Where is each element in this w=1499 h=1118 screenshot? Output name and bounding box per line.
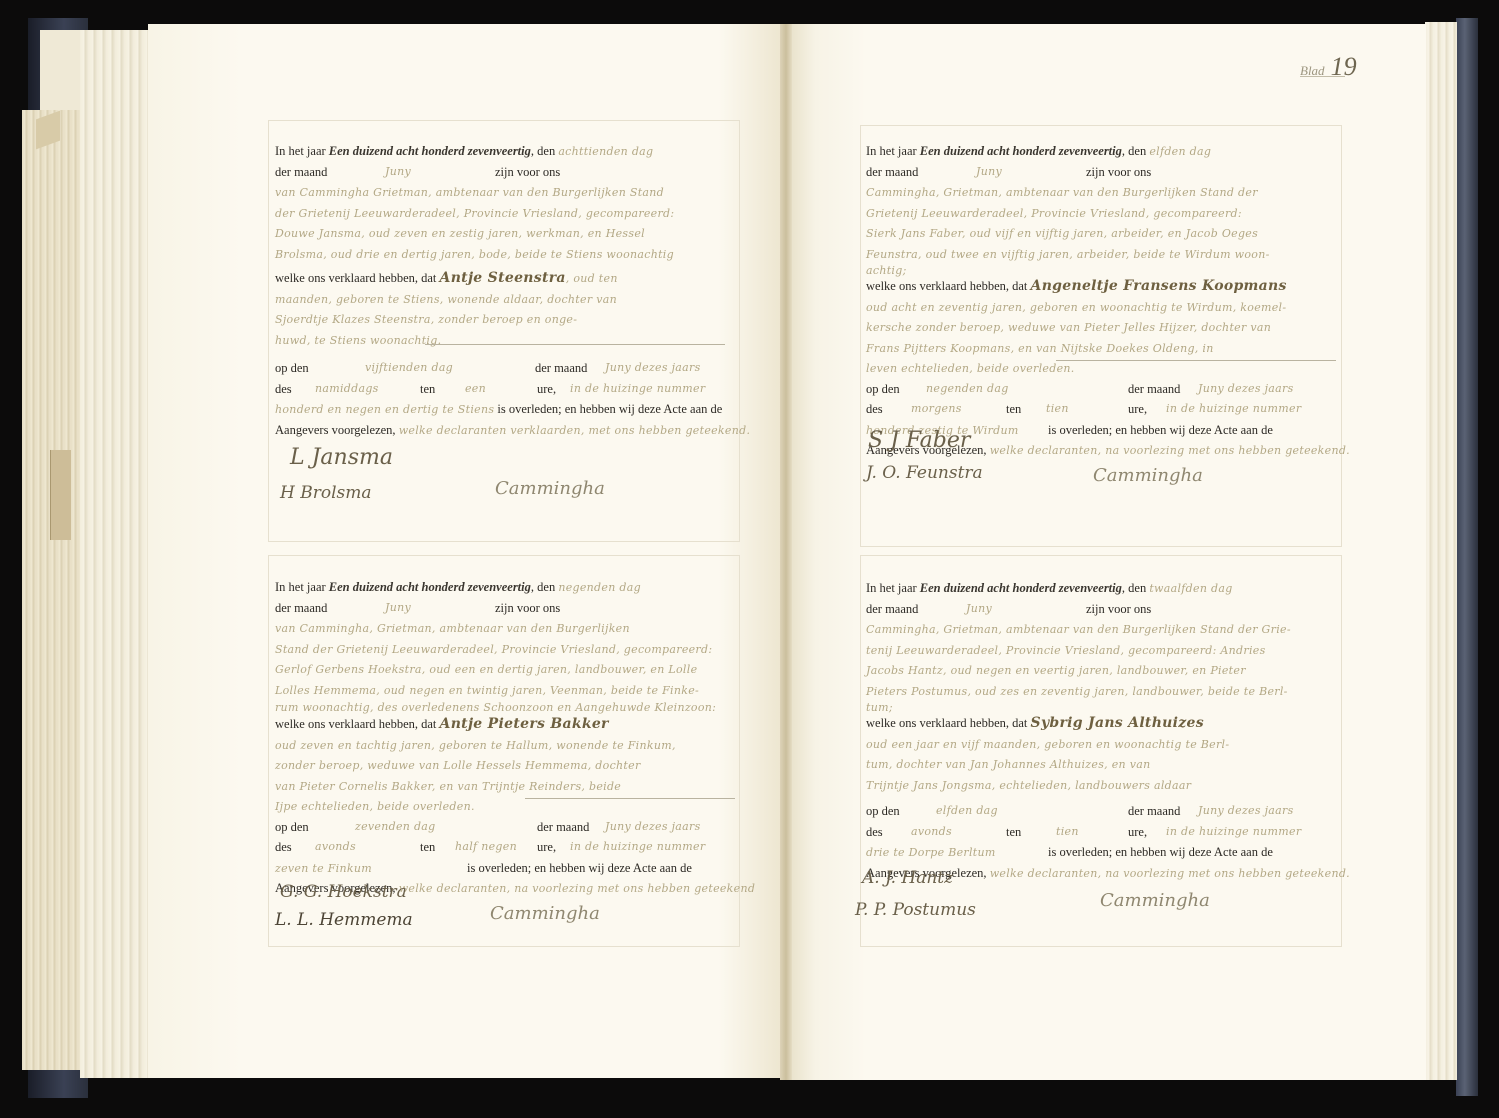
closing-text: welke declaranten verklaarden, met ons h… <box>399 424 751 437</box>
fill-rule <box>425 344 725 345</box>
form-text: welke ons verklaard hebben, dat <box>275 271 436 285</box>
form-text: ten <box>420 837 435 858</box>
form-text: , den <box>1122 581 1146 595</box>
signature-official: Cammingha <box>490 903 600 924</box>
death-day: zevenden dag <box>355 817 436 838</box>
record-month: Juny <box>385 162 411 183</box>
death-hour: tien <box>1056 822 1079 843</box>
death-day: vijftienden dag <box>365 358 453 379</box>
deceased-name: Sybrig Jans Althuizes <box>1031 715 1204 731</box>
declarant-line: Douwe Jansma, oud zeven en zestig jaren,… <box>275 227 645 240</box>
time-of-day: namiddags <box>315 379 379 400</box>
record-month: Juny <box>966 599 992 620</box>
book-cover-right <box>1456 18 1478 1096</box>
form-text: In het jaar <box>866 581 917 595</box>
closing-text: welke declaranten, na voorlezing met ons… <box>990 867 1350 880</box>
signature-witness-1: A. J. Hantz <box>862 868 953 888</box>
closing-text: welke declaranten, na voorlezing met ons… <box>399 882 756 895</box>
form-text: des <box>866 402 883 416</box>
form-text: is overleden; en hebben wij deze Acte aa… <box>467 858 692 879</box>
declarant-line: van Cammingha Grietman, ambtenaar van de… <box>275 186 664 199</box>
death-record-4: In het jaar Een duizend acht honderd zev… <box>866 578 1346 883</box>
form-text: op den <box>866 382 900 396</box>
deceased-detail: oud een jaar en vijf maanden, geboren en… <box>866 738 1229 751</box>
declarant-line: Gerlof Gerbens Hoekstra, oud een en dert… <box>275 663 697 676</box>
signature-witness-2: P. P. Postumus <box>855 900 976 920</box>
closing-text: welke declaranten, na voorlezing met ons… <box>990 444 1350 457</box>
signature-official: Cammingha <box>1100 890 1210 911</box>
record-month: Juny <box>976 162 1002 183</box>
form-text: der maand <box>535 358 587 379</box>
death-place: drie te Dorpe Berltum <box>866 846 996 859</box>
declarant-line: Stand der Grietenij Leeuwarderadeel, Pro… <box>275 643 712 656</box>
year-text: Een duizend acht honderd zevenveertig <box>329 144 531 158</box>
form-text: ure, <box>1128 822 1147 843</box>
signature-witness-2: J. O. Feunstra <box>866 463 983 483</box>
deceased-name: Angeneltje Fransens Koopmans <box>1031 278 1287 294</box>
form-text: op den <box>275 361 309 375</box>
form-text: ten <box>1006 399 1021 420</box>
signature-witness-1: S J Faber <box>868 428 970 453</box>
deceased-detail: Trijntje Jans Jongsma, echtelieden, land… <box>866 779 1191 792</box>
form-text: der maand <box>537 817 589 838</box>
record-day: achttienden dag <box>558 145 653 158</box>
declarant-line: Jacobs Hantz, oud negen en veertig jaren… <box>866 664 1246 677</box>
form-text: zijn voor ons <box>495 162 560 183</box>
declarant-line: Pieters Postumus, oud zes en zeventig ja… <box>866 685 1288 698</box>
fill-rule <box>525 798 735 799</box>
death-place: in de huizinge nummer <box>570 837 705 858</box>
form-text: welke ons verklaard hebben, dat <box>866 279 1027 293</box>
death-place: honderd en negen en dertig te Stiens <box>275 403 494 416</box>
declarant-line: Cammingha, Grietman, ambtenaar van den B… <box>866 623 1291 636</box>
form-text: der maand <box>866 602 918 616</box>
declarant-line: Sierk Jans Faber, oud vijf en vijftig ja… <box>866 227 1258 240</box>
year-text: Een duizend acht honderd zevenveertig <box>920 144 1122 158</box>
declarant-line: van Cammingha, Grietman, ambtenaar van d… <box>275 622 630 635</box>
form-text: des <box>866 825 883 839</box>
death-day: elfden dag <box>936 801 998 822</box>
form-text: ten <box>1006 822 1021 843</box>
form-text: der maand <box>866 165 918 179</box>
deceased-detail: leven echtelieden, beide overleden. <box>866 362 1075 375</box>
deceased-detail: Ijpe echtelieden, beide overleden. <box>275 800 475 813</box>
declarant-line: Feunstra, oud twee en vijftig jaren, arb… <box>866 248 1270 261</box>
deceased-detail: zonder beroep, weduwe van Lolle Hessels … <box>275 759 641 772</box>
record-day: elfden dag <box>1149 145 1211 158</box>
death-record-3: In het jaar Een duizend acht honderd zev… <box>866 141 1346 461</box>
deceased-detail: huwd, te Stiens woonachtig. <box>275 334 441 347</box>
declarant-line: der Grietenij Leeuwarderadeel, Provincie… <box>275 207 674 220</box>
record-day: twaalfden dag <box>1149 582 1232 595</box>
folio-number: Blad19 <box>1300 52 1357 82</box>
signature-witness-1: G. G. Hoekstra <box>280 882 407 902</box>
form-text: In het jaar <box>275 144 326 158</box>
form-text: des <box>275 840 292 854</box>
signature-official: Cammingha <box>495 478 605 499</box>
declarant-line: tenij Leeuwarderadeel, Provincie Vriesla… <box>866 644 1266 657</box>
form-text: der maand <box>275 601 327 615</box>
death-place: zeven te Finkum <box>275 862 372 875</box>
death-month: Juny dezes jaars <box>1198 801 1294 822</box>
form-text: op den <box>866 804 900 818</box>
deceased-detail: kersche zonder beroep, weduwe van Pieter… <box>866 321 1271 334</box>
declarant-line: Grietenij Leeuwarderadeel, Provincie Vri… <box>866 207 1242 220</box>
signature-witness-2: L. L. Hemmema <box>275 910 413 930</box>
deceased-name: Antje Steenstra <box>440 270 566 286</box>
page-edges-right <box>1425 22 1457 1080</box>
year-text: Een duizend acht honderd zevenveertig <box>329 580 531 594</box>
form-text: des <box>275 382 292 396</box>
signature-official: Cammingha <box>1093 465 1203 486</box>
signature-witness-1: L Jansma <box>290 445 393 470</box>
form-text: ure, <box>537 379 556 400</box>
death-place: in de huizinge nummer <box>1166 822 1301 843</box>
form-text: zijn voor ons <box>1086 599 1151 620</box>
record-day: negenden dag <box>558 581 641 594</box>
form-text: Aangevers voorgelezen, <box>275 423 396 437</box>
form-text: zijn voor ons <box>1086 162 1151 183</box>
deceased-detail: tum, dochter van Jan Johannes Althuizes,… <box>866 758 1150 771</box>
deceased-detail: , oud ten <box>566 272 618 285</box>
deceased-detail: Sjoerdtje Klazes Steenstra, zonder beroe… <box>275 313 577 326</box>
death-hour: tien <box>1046 399 1069 420</box>
folio-underline <box>1300 76 1345 77</box>
form-text: In het jaar <box>866 144 917 158</box>
deceased-name: Antje Pieters Bakker <box>440 716 609 732</box>
fill-rule <box>1056 360 1336 361</box>
form-text: is overleden; en hebben wij deze Acte aa… <box>1048 842 1273 863</box>
declarant-line: Brolsma, oud drie en dertig jaren, bode,… <box>275 248 674 261</box>
form-text: der maand <box>275 165 327 179</box>
death-hour: een <box>465 379 486 400</box>
deceased-detail: van Pieter Cornelis Bakker, en van Trijn… <box>275 780 621 793</box>
torn-paper-strip <box>50 450 71 540</box>
death-place: in de huizinge nummer <box>570 379 705 400</box>
form-text: is overleden; en hebben wij deze Acte aa… <box>1048 420 1273 441</box>
page-edges-left <box>80 30 150 1078</box>
deceased-detail: Frans Pijtters Koopmans, en van Nijtske … <box>866 342 1214 355</box>
form-text: der maand <box>1128 801 1180 822</box>
death-month: Juny dezes jaars <box>1198 379 1294 400</box>
deceased-detail: oud acht en zeventig jaren, geboren en w… <box>866 301 1286 314</box>
declarant-line: rum woonachtig, des overledenens Schoonz… <box>275 701 716 714</box>
time-of-day: avonds <box>315 837 356 858</box>
form-text: ure, <box>537 837 556 858</box>
form-text: , den <box>1122 144 1146 158</box>
form-text: zijn voor ons <box>495 598 560 619</box>
death-record-1: In het jaar Een duizend acht honderd zev… <box>275 141 745 440</box>
time-of-day: morgens <box>911 399 962 420</box>
form-text: , den <box>531 580 555 594</box>
declarant-line: Cammingha, Grietman, ambtenaar van den B… <box>866 186 1258 199</box>
deceased-detail: oud zeven en tachtig jaren, geboren te H… <box>275 739 676 752</box>
form-text: op den <box>275 820 309 834</box>
deceased-detail: maanden, geboren te Stiens, wonende alda… <box>275 293 617 306</box>
form-text: welke ons verklaard hebben, dat <box>866 716 1027 730</box>
death-month: Juny dezes jaars <box>605 358 701 379</box>
form-text: , den <box>531 144 555 158</box>
year-text: Een duizend acht honderd zevenveertig <box>920 581 1122 595</box>
declarant-line: Lolles Hemmema, oud negen en twintig jar… <box>275 684 699 697</box>
record-month: Juny <box>385 598 411 619</box>
form-text: der maand <box>1128 379 1180 400</box>
time-of-day: avonds <box>911 822 952 843</box>
form-text: In het jaar <box>275 580 326 594</box>
death-place: in de huizinge nummer <box>1166 399 1301 420</box>
form-text: is overleden; en hebben wij deze Acte aa… <box>497 402 722 416</box>
form-text: welke ons verklaard hebben, dat <box>275 717 436 731</box>
death-record-2: In het jaar Een duizend acht honderd zev… <box>275 577 745 899</box>
signature-witness-2: H Brolsma <box>280 483 372 503</box>
death-month: Juny dezes jaars <box>605 817 701 838</box>
book-gutter <box>780 24 792 1080</box>
death-day: negenden dag <box>926 379 1009 400</box>
death-hour: half negen <box>455 837 517 858</box>
form-text: ten <box>420 379 435 400</box>
form-text: ure, <box>1128 399 1147 420</box>
